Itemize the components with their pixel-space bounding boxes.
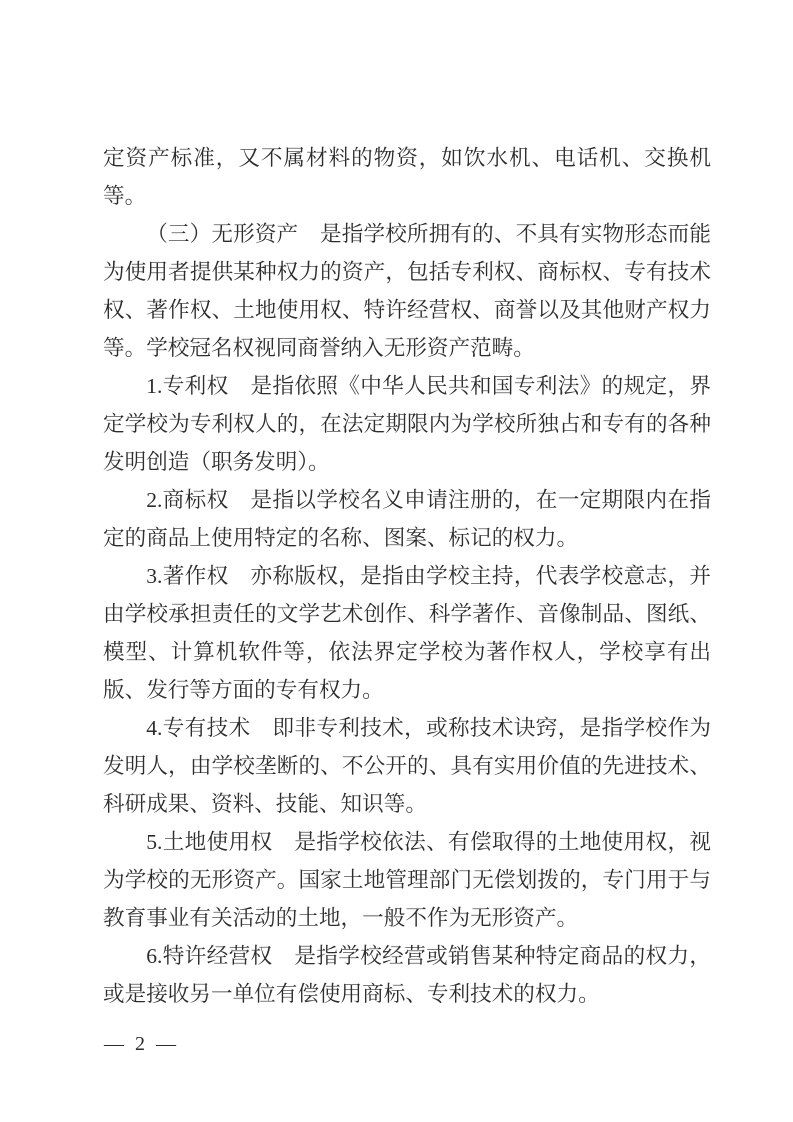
- paragraph-section-intangible-assets: （三）无形资产 是指学校所拥有的、不具有实物形态而能为使用者提供某种权力的资产，…: [103, 215, 711, 367]
- page-number: — 2 —: [104, 1030, 179, 1058]
- paragraph-item-trademark-right: 2.商标权 是指以学校名义申请注册的，在一定期限内在指定的商品上使用特定的名称、…: [103, 481, 711, 557]
- paragraph-item-patent-right: 1.专利权 是指依照《中华人民共和国专利法》的规定，界定学校为专利权人的，在法定…: [103, 367, 711, 481]
- document-body: 定资产标准，又不属材料的物资，如饮水机、电话机、交换机等。 （三）无形资产 是指…: [103, 139, 711, 1013]
- paragraph-item-proprietary-technology: 4.专有技术 即非专利技术，或称技术诀窍，是指学校作为发明人，由学校垄断的、不公…: [103, 709, 711, 823]
- paragraph-continuation: 定资产标准，又不属材料的物资，如饮水机、电话机、交换机等。: [103, 139, 711, 215]
- paragraph-item-franchise-right: 6.特许经营权 是指学校经营或销售某种特定商品的权力，或是接收另一单位有偿使用商…: [103, 937, 711, 1013]
- paragraph-item-copyright: 3.著作权 亦称版权，是指由学校主持，代表学校意志，并由学校承担责任的文学艺术创…: [103, 557, 711, 709]
- paragraph-item-land-use-right: 5.土地使用权 是指学校依法、有偿取得的土地使用权，视为学校的无形资产。国家土地…: [103, 823, 711, 937]
- document-page: 定资产标准，又不属材料的物资，如饮水机、电话机、交换机等。 （三）无形资产 是指…: [0, 0, 793, 1122]
